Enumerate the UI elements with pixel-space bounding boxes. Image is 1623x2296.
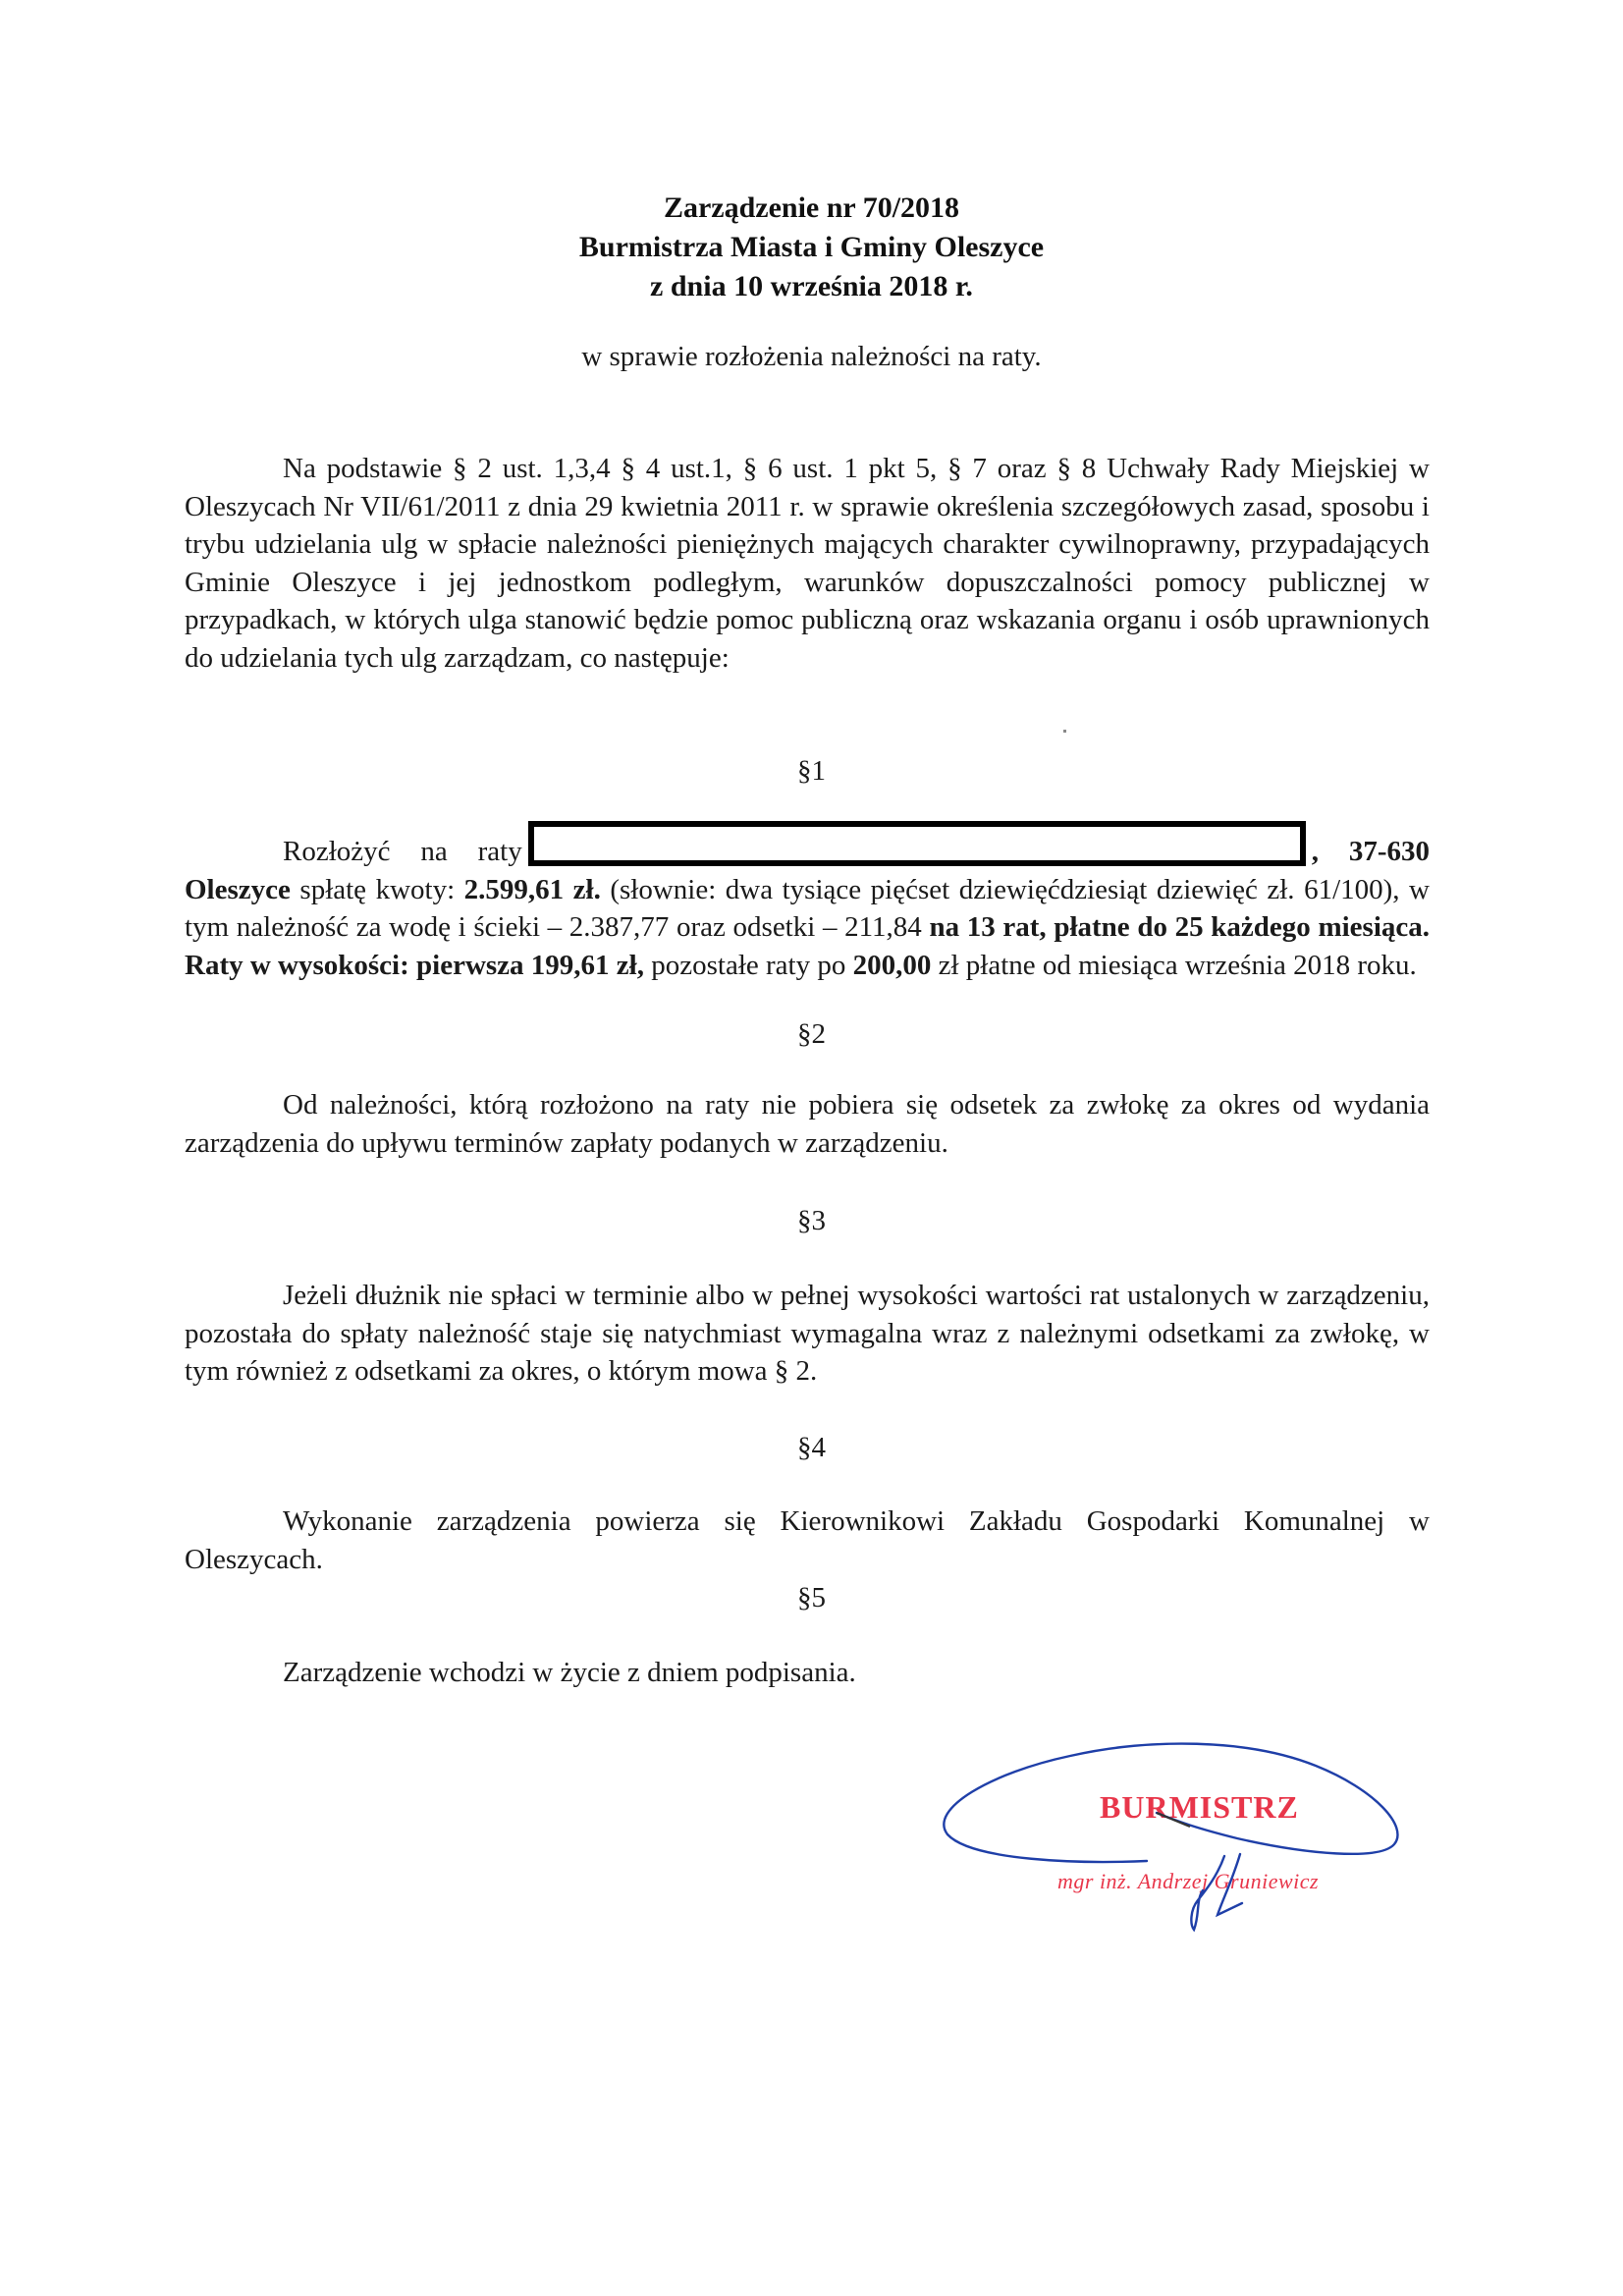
scan-speck — [1063, 730, 1066, 733]
section-2-paragraph: Od należności, którą rozłożono na raty n… — [185, 1086, 1430, 1162]
mayor-stamp-signature: BURMISTRZ mgr inż. Andrzej Gruniewicz — [933, 1728, 1424, 1954]
section-3-paragraph: Jeżeli dłużnik nie spłaci w terminie alb… — [185, 1277, 1430, 1391]
preamble-paragraph: Na podstawie § 2 ust. 1,3,4 § 4 ust.1, §… — [185, 450, 1430, 678]
signature-icon — [933, 1728, 1424, 1954]
section-4-text: Wykonanie zarządzenia powierza się Kiero… — [185, 1505, 1430, 1575]
section-4-paragraph: Wykonanie zarządzenia powierza się Kiero… — [185, 1503, 1430, 1578]
document-page: Zarządzenie nr 70/2018 Burmistrza Miasta… — [0, 0, 1623, 2296]
section-3-heading: §3 — [0, 1202, 1623, 1239]
section-1-rate-value: 200,00 — [853, 950, 932, 981]
section-1-paragraph: Rozłożyć na raty, 37-630 Oleszyce spłatę… — [185, 821, 1430, 984]
section-2-heading: §2 — [0, 1015, 1623, 1053]
redaction-box — [528, 821, 1306, 866]
section-1-text-b: spłatę kwoty: — [291, 874, 464, 905]
section-5-text: Zarządzenie wchodzi w życie z dniem podp… — [283, 1657, 856, 1688]
title-line-1: Zarządzenie nr 70/2018 — [0, 189, 1623, 228]
section-1-amount: 2.599,61 zł. — [464, 874, 601, 905]
section-3-text: Jeżeli dłużnik nie spłaci w terminie alb… — [185, 1280, 1430, 1387]
section-4-heading: §4 — [0, 1429, 1623, 1466]
section-1-text-e: zł płatne od miesiąca września 2018 roku… — [931, 950, 1416, 981]
section-5-paragraph: Zarządzenie wchodzi w życie z dniem podp… — [185, 1654, 1430, 1692]
section-2-text: Od należności, którą rozłożono na raty n… — [185, 1089, 1430, 1159]
section-1-heading: §1 — [0, 752, 1623, 790]
preamble-text: Na podstawie § 2 ust. 1,3,4 § 4 ust.1, §… — [185, 453, 1430, 674]
document-title: Zarządzenie nr 70/2018 Burmistrza Miasta… — [0, 189, 1623, 306]
document-subject: w sprawie rozłożenia należności na raty. — [0, 338, 1623, 375]
title-line-3: z dnia 10 września 2018 r. — [0, 267, 1623, 306]
section-1-text-a: Rozłożyć na raty — [283, 836, 522, 867]
title-line-2: Burmistrza Miasta i Gminy Oleszyce — [0, 228, 1623, 267]
section-5-heading: §5 — [0, 1579, 1623, 1616]
section-1-text-d: pozostałe raty po — [644, 950, 853, 981]
